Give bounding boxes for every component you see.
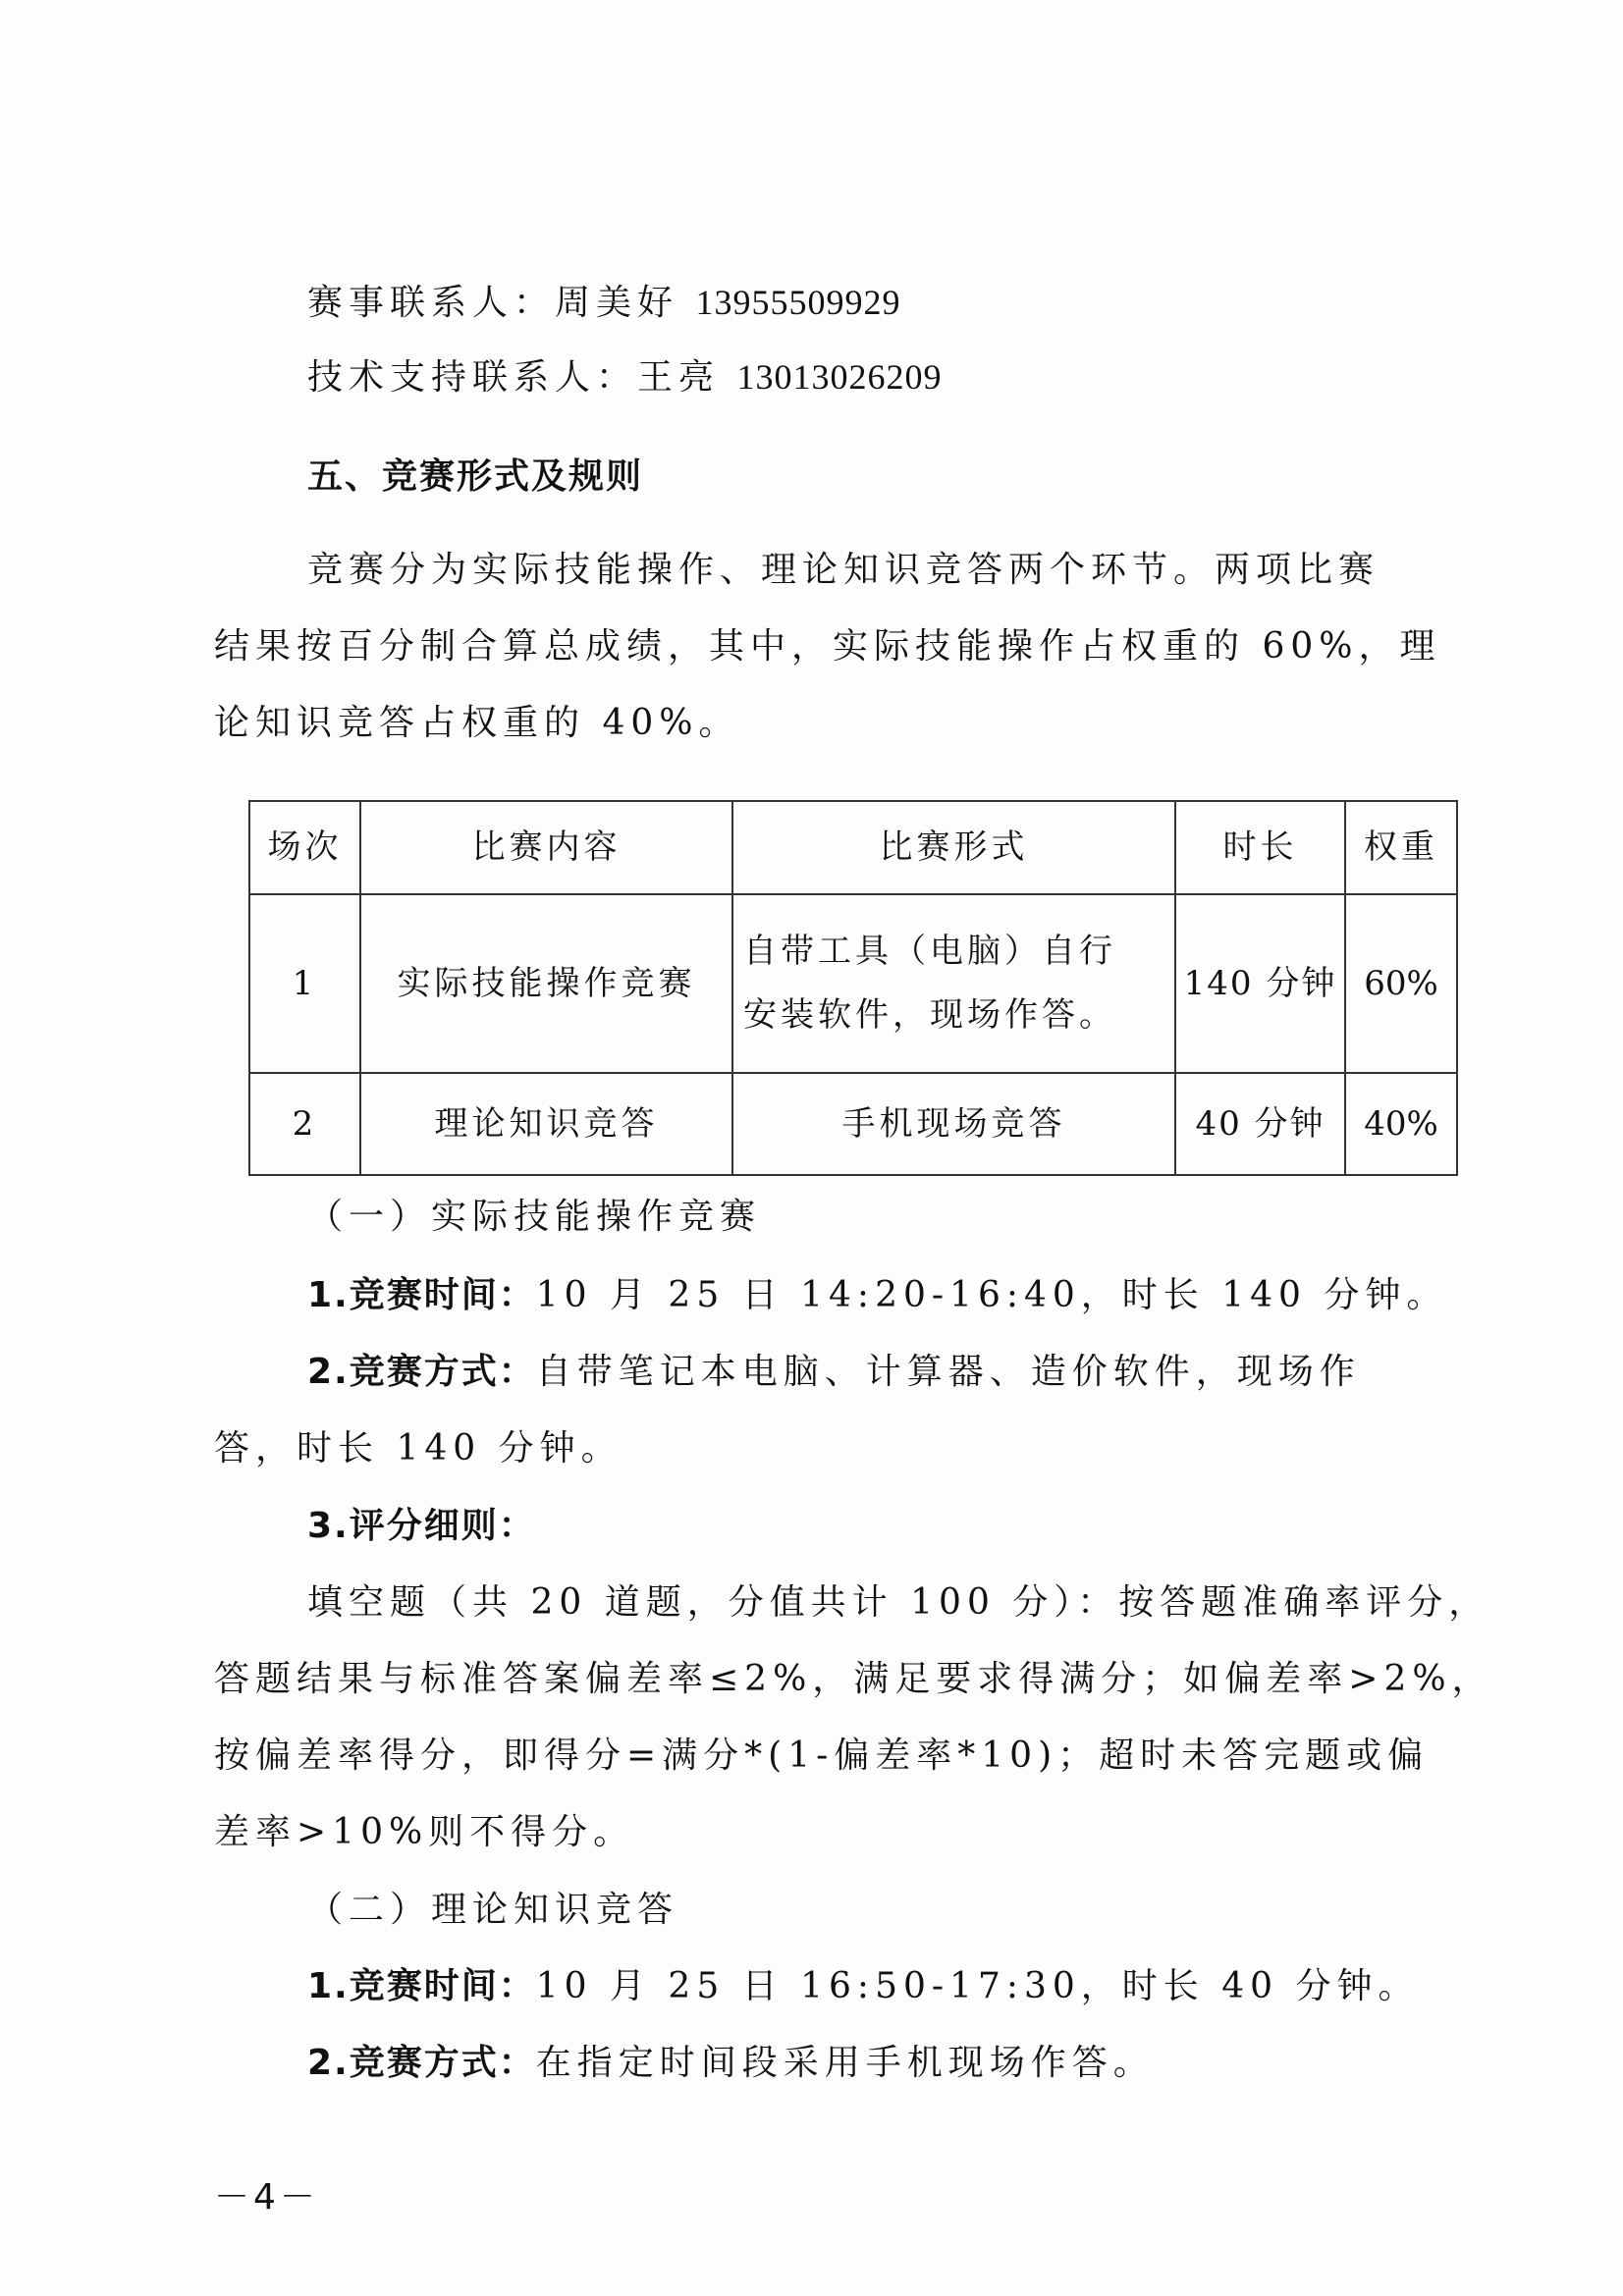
- cell-format-line-1: 自带工具（电脑）自行: [743, 920, 1174, 984]
- tech-contact-name: 王亮: [637, 357, 720, 398]
- event-contact-line: 赛事联系人：周美好 13955509929: [307, 285, 900, 321]
- cell-session: 2: [249, 1073, 360, 1175]
- part2-item1-label: 1.竞赛时间：: [307, 1966, 536, 2006]
- part1-item2: 2.竞赛方式：自带笔记本电脑、计算器、造价软件，现场作: [307, 1355, 1361, 1390]
- section-heading: 五、竞赛形式及规则: [307, 459, 643, 495]
- cell-weight: 40%: [1345, 1073, 1457, 1175]
- scoring-line-1: 填空题（共 20 道题，分值共计 100 分）：按答题准确率评分，: [307, 1585, 1489, 1621]
- tech-contact-line: 技术支持联系人：王亮 13013026209: [307, 359, 942, 396]
- cell-format: 手机现场竞答: [732, 1073, 1175, 1175]
- part1-item1-label: 1.竞赛时间：: [307, 1275, 536, 1315]
- part1-item1: 1.竞赛时间：10 月 25 日 14:20-16:40，时长 140 分钟。: [307, 1278, 1447, 1313]
- table-row: 1 实际技能操作竞赛 自带工具（电脑）自行 安装软件，现场作答。 140 分钟 …: [249, 894, 1457, 1073]
- cell-weight: 60%: [1345, 894, 1457, 1073]
- intro-line-2: 结果按百分制合算总成绩，其中，实际技能操作占权重的 60%，理: [214, 629, 1440, 665]
- cell-content: 实际技能操作竞赛: [360, 894, 732, 1073]
- header-weight: 权重: [1345, 801, 1457, 894]
- event-contact-label: 赛事联系人：: [307, 283, 555, 323]
- cell-format-line-2: 安装软件，现场作答。: [743, 984, 1174, 1047]
- tech-contact-label: 技术支持联系人：: [307, 357, 637, 398]
- table-row: 2 理论知识竞答 手机现场竞答 40 分钟 40%: [249, 1073, 1457, 1175]
- header-session: 场次: [249, 801, 360, 894]
- cell-duration: 140 分钟: [1175, 894, 1345, 1073]
- intro-line-3: 论知识竞答占权重的 40%。: [214, 706, 739, 741]
- event-contact-name: 周美好: [555, 283, 678, 323]
- cell-duration: 40 分钟: [1175, 1073, 1345, 1175]
- part2-item2-text: 在指定时间段采用手机现场作答。: [536, 2043, 1155, 2083]
- part1-item3-label: 3.评分细则：: [307, 1509, 536, 1544]
- event-contact-phone: 13955509929: [695, 283, 900, 322]
- part1-item2-text-1: 自带笔记本电脑、计算器、造价软件，现场作: [536, 1352, 1361, 1392]
- scoring-line-2: 答题结果与标准答案偏差率≤2%，满足要求得满分；如偏差率>2%，: [214, 1662, 1493, 1697]
- cell-session: 1: [249, 894, 360, 1073]
- part2-item1-text: 10 月 25 日 16:50-17:30，时长 40 分钟。: [536, 1966, 1420, 2006]
- intro-line-1: 竞赛分为实际技能操作、理论知识竞答两个环节。两项比赛: [307, 553, 1380, 588]
- part2-item2-label: 2.竞赛方式：: [307, 2043, 536, 2083]
- part2-item2: 2.竞赛方式：在指定时间段采用手机现场作答。: [307, 2046, 1155, 2081]
- scoring-line-3: 按偏差率得分，即得分=满分*(1-偏差率*10)；超时未答完题或偏: [214, 1738, 1429, 1774]
- competition-table: 场次 比赛内容 比赛形式 时长 权重 1 实际技能操作竞赛 自带工具（电脑）自行…: [248, 800, 1458, 1176]
- part1-item2-cont: 答，时长 140 分钟。: [214, 1431, 622, 1467]
- cell-content: 理论知识竞答: [360, 1073, 732, 1175]
- part1-item2-label: 2.竞赛方式：: [307, 1352, 536, 1392]
- tech-contact-phone: 13013026209: [736, 357, 942, 397]
- part2-item1: 1.竞赛时间：10 月 25 日 16:50-17:30，时长 40 分钟。: [307, 1969, 1419, 2004]
- part2-heading: （二）理论知识竞答: [307, 1893, 678, 1928]
- header-format: 比赛形式: [732, 801, 1175, 894]
- page-number: －4－: [214, 2169, 319, 2219]
- header-content: 比赛内容: [360, 801, 732, 894]
- header-duration: 时长: [1175, 801, 1345, 894]
- cell-format: 自带工具（电脑）自行 安装软件，现场作答。: [732, 894, 1175, 1073]
- part1-heading: （一）实际技能操作竞赛: [307, 1200, 761, 1235]
- scoring-line-4: 差率>10%则不得分。: [214, 1815, 634, 1850]
- part1-item1-text: 10 月 25 日 14:20-16:40，时长 140 分钟。: [536, 1275, 1448, 1315]
- table-header-row: 场次 比赛内容 比赛形式 时长 权重: [249, 801, 1457, 894]
